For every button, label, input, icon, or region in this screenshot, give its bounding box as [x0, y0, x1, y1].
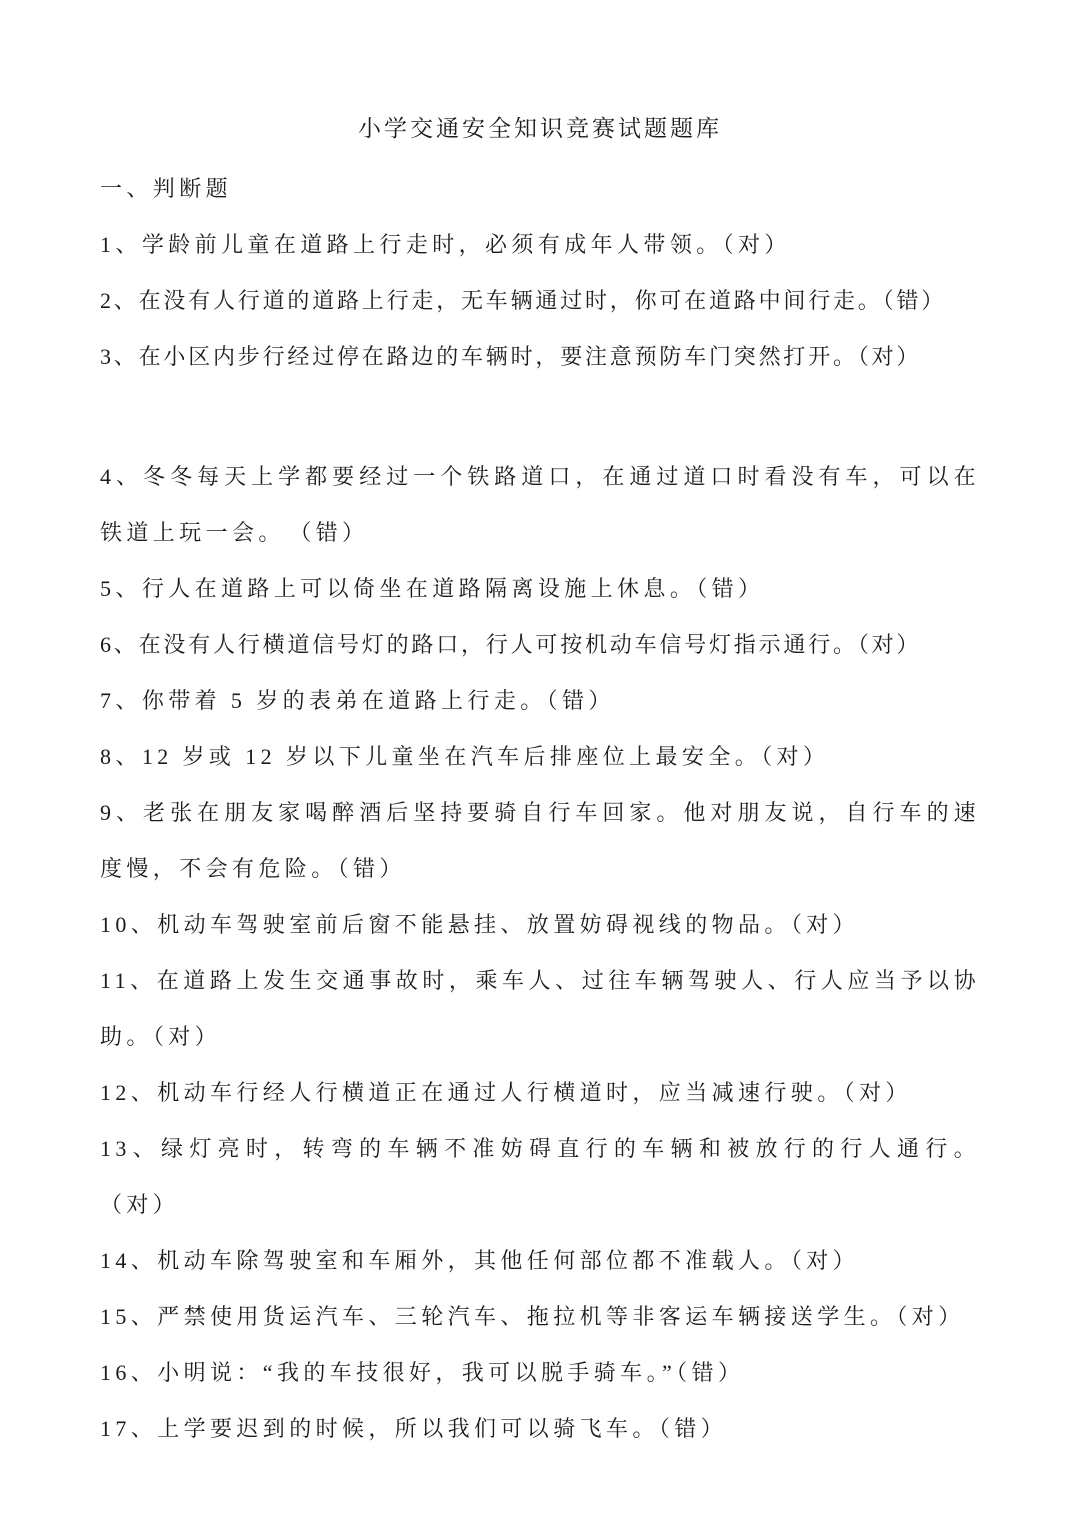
question-answer: （错） [659, 1416, 727, 1441]
question-text: 你带着 5 岁的表弟在道路上行走。 [142, 688, 547, 713]
question-answer: （对） [153, 1024, 221, 1049]
question-item: 2、在没有人行道的道路上行走，无车辆通过时，你可在道路中间行走。（错） [100, 273, 980, 329]
paragraph-spacer [100, 385, 980, 449]
question-text: 严禁使用货运汽车、三轮汽车、拖拉机等非客运车辆接送学生。 [157, 1304, 896, 1329]
question-answer: （对） [858, 632, 921, 657]
question-number: 5、 [100, 576, 142, 601]
question-item: 15、严禁使用货运汽车、三轮汽车、拖拉机等非客运车辆接送学生。（对） [100, 1289, 980, 1345]
section-heading: 一、判断题 [100, 161, 980, 217]
question-text: 冬冬每天上学都要经过一个铁路道口，在通过道口时看没有车，可以在铁道上玩一会。 [100, 464, 980, 545]
question-answer: （对） [723, 232, 791, 257]
question-text: 在道路上发生交通事故时，乘车人、过往车辆驾驶人、行人应当予以协助。 [100, 968, 980, 1049]
question-number: 17、 [100, 1416, 157, 1441]
question-text: 12 岁或 12 岁以下儿童坐在汽车后排座位上最安全。 [142, 744, 761, 769]
question-item: 9、老张在朋友家喝醉酒后坚持要骑自行车回家。他对朋友说，自行车的速度慢，不会有危… [100, 785, 980, 897]
question-answer: （对） [761, 744, 829, 769]
question-item: 4、冬冬每天上学都要经过一个铁路道口，在通过道口时看没有车，可以在铁道上玩一会。… [100, 449, 980, 561]
question-text: 上学要迟到的时候，所以我们可以骑飞车。 [157, 1416, 659, 1441]
question-answer: （错） [696, 576, 764, 601]
question-item: 3、在小区内步行经过停在路边的车辆时，要注意预防车门突然打开。（对） [100, 329, 980, 385]
question-item: 7、你带着 5 岁的表弟在道路上行走。（错） [100, 673, 980, 729]
question-answer: （对） [896, 1304, 964, 1329]
question-item: 13、绿灯亮时，转弯的车辆不准妨碍直行的车辆和被放行的行人通行。（对） [100, 1121, 980, 1233]
question-item: 14、机动车除驾驶室和车厢外，其他任何部位都不准载人。（对） [100, 1233, 980, 1289]
question-answer: （错） [338, 856, 406, 881]
question-answer: （错） [547, 688, 615, 713]
question-item: 5、行人在道路上可以倚坐在道路隔离设施上休息。（错） [100, 561, 980, 617]
question-text: 机动车驾驶室前后窗不能悬挂、放置妨碍视线的物品。 [157, 912, 791, 937]
question-number: 14、 [100, 1248, 157, 1273]
question-item: 10、机动车驾驶室前后窗不能悬挂、放置妨碍视线的物品。（对） [100, 897, 980, 953]
question-number: 13、 [100, 1136, 161, 1161]
question-text: 机动车除驾驶室和车厢外，其他任何部位都不准载人。 [157, 1248, 791, 1273]
question-answer: （错） [676, 1360, 744, 1385]
question-number: 6、 [100, 632, 139, 657]
question-text: 机动车行经人行横道正在通过人行横道时，应当减速行驶。 [157, 1080, 843, 1105]
question-number: 2、 [100, 288, 139, 313]
document-title: 小学交通安全知识竞赛试题题库 [100, 101, 980, 157]
question-item: 12、机动车行经人行横道正在通过人行横道时，应当减速行驶。（对） [100, 1065, 980, 1121]
question-answer: （对） [100, 1192, 179, 1217]
question-item: 6、在没有人行横道信号灯的路口，行人可按机动车信号灯指示通行。（对） [100, 617, 980, 673]
question-number: 11、 [100, 968, 157, 993]
question-answer: （对） [791, 912, 859, 937]
answer-gap [274, 520, 300, 545]
question-text: 在小区内步行经过停在路边的车辆时，要注意预防车门突然打开。 [139, 344, 858, 369]
question-item: 16、小明说：“我的车技很好，我可以脱手骑车。”（错） [100, 1345, 980, 1401]
question-text: 绿灯亮时，转弯的车辆不准妨碍直行的车辆和被放行的行人通行。 [161, 1136, 980, 1161]
question-number: 16、 [100, 1360, 157, 1385]
question-number: 8、 [100, 744, 142, 769]
question-text: 小明说：“我的车技很好，我可以脱手骑车。” [157, 1360, 676, 1385]
question-number: 3、 [100, 344, 139, 369]
question-item: 17、上学要迟到的时候，所以我们可以骑飞车。（错） [100, 1401, 980, 1457]
question-text: 在没有人行横道信号灯的路口，行人可按机动车信号灯指示通行。 [139, 632, 858, 657]
question-number: 1、 [100, 232, 142, 257]
question-number: 15、 [100, 1304, 157, 1329]
question-number: 4、 [100, 464, 143, 489]
question-number: 10、 [100, 912, 157, 937]
question-number: 12、 [100, 1080, 157, 1105]
question-answer: （错） [300, 520, 368, 545]
question-item: 1、学龄前儿童在道路上行走时，必须有成年人带领。（对） [100, 217, 980, 273]
question-number: 7、 [100, 688, 142, 713]
question-item: 8、12 岁或 12 岁以下儿童坐在汽车后排座位上最安全。（对） [100, 729, 980, 785]
question-answer: （对） [791, 1248, 859, 1273]
question-text: 行人在道路上可以倚坐在道路隔离设施上休息。 [142, 576, 696, 601]
question-number: 9、 [100, 800, 143, 825]
question-text: 老张在朋友家喝醉酒后坚持要骑自行车回家。他对朋友说，自行车的速度慢，不会有危险。 [100, 800, 980, 881]
question-answer: （对） [844, 1080, 912, 1105]
document-page: 小学交通安全知识竞赛试题题库 一、判断题 1、学龄前儿童在道路上行走时，必须有成… [0, 0, 1080, 1527]
question-answer: （对） [858, 344, 921, 369]
question-item: 11、在道路上发生交通事故时，乘车人、过往车辆驾驶人、行人应当予以协助。（对） [100, 953, 980, 1065]
question-answer: （错） [883, 288, 946, 313]
question-text: 在没有人行道的道路上行走，无车辆通过时，你可在道路中间行走。 [139, 288, 883, 313]
question-text: 学龄前儿童在道路上行走时，必须有成年人带领。 [142, 232, 723, 257]
